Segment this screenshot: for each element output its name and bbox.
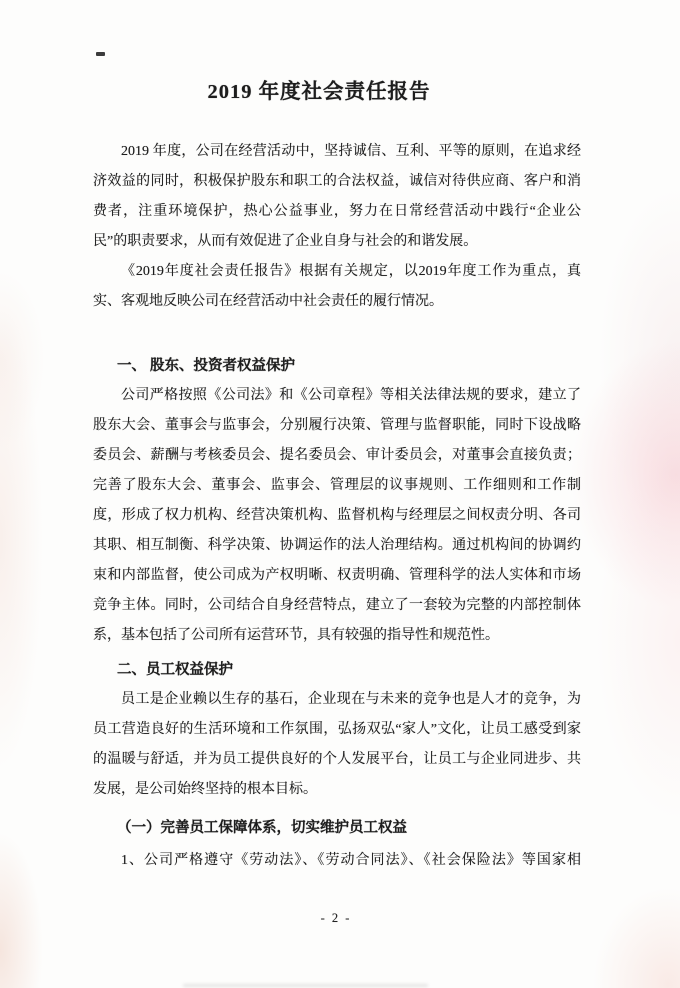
labor-law-paragraph: 1、公司严格遵守《劳动法》、《劳动合同法》、《社会保险法》等国家相 (93, 846, 581, 876)
document-page: 2019 年度社会责任报告 2019 年度，公司在经营活动中，坚持诚信、互利、平… (0, 0, 680, 988)
section-heading-shareholders: 一、 股东、投资者权益保护 (93, 351, 581, 381)
page-number: - 2 - (0, 911, 672, 926)
section-heading-employees: 二、员工权益保护 (93, 655, 581, 685)
report-basis-paragraph: 《2019年度社会责任报告》根据有关规定，以2019年度工作为重点，真实、客观地… (93, 257, 581, 317)
document-body: 2019 年度，公司在经营活动中，坚持诚信、互利、平等的原则，在追求经济效益的同… (93, 137, 581, 876)
scan-corner-mark (96, 52, 105, 56)
employees-paragraph: 员工是企业赖以生存的基石，企业现在与未来的竞争也是人才的竞争，为员工营造良好的生… (93, 685, 581, 805)
shareholders-paragraph: 公司严格按照《公司法》和《公司章程》等相关法律法规的要求，建立了股东大会、董事会… (93, 381, 581, 651)
intro-paragraph: 2019 年度，公司在经营活动中，坚持诚信、互利、平等的原则，在追求经济效益的同… (93, 137, 581, 257)
scan-edge-smudge (183, 984, 428, 987)
subsection-heading-employee-protection: （一）完善员工保障体系，切实维护员工权益 (93, 813, 581, 843)
document-title: 2019 年度社会责任报告 (0, 74, 638, 104)
